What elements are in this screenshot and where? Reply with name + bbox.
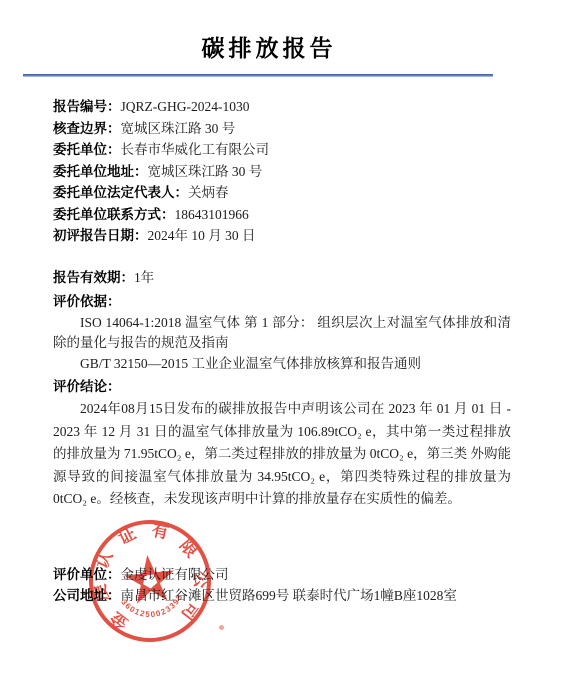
title-divider — [23, 74, 493, 77]
report-page: 碳排放报告 报告编号：JQRZ-GHG-2024-1030 核查边界：宽城区珠江… — [0, 0, 563, 684]
field-value: 南昌市红谷滩区世贸路699号 联泰时代广场1幢B座1028室 — [121, 588, 457, 603]
field-company-address: 公司地址：南昌市红谷滩区世贸路699号 联泰时代广场1幢B座1028室 — [53, 585, 523, 606]
field-validity-period: 报告有效期：1年 — [53, 267, 511, 289]
field-label: 委托单位法定代表人： — [53, 185, 188, 200]
field-client-address: 委托单位地址：宽城区珠江路 30 号 — [53, 161, 511, 183]
evaluation-basis-item: GB/T 32150—2015 工业企业温室气体排放核算和报告通则 — [53, 354, 511, 374]
report-footer: 评价单位：金虔认证有限公司 公司地址：南昌市红谷滩区世贸路699号 联泰时代广场… — [53, 564, 523, 606]
field-label: 委托单位： — [53, 142, 121, 157]
evaluation-basis-heading: 评价依据： — [53, 291, 511, 312]
field-value: JQRZ-GHG-2024-1030 — [121, 99, 250, 114]
page-title: 碳排放报告 — [30, 30, 508, 63]
field-label: 核查边界： — [53, 121, 121, 136]
field-report-number: 报告编号：JQRZ-GHG-2024-1030 — [53, 96, 511, 118]
report-body: 报告编号：JQRZ-GHG-2024-1030 核查边界：宽城区珠江路 30 号… — [53, 96, 511, 510]
field-value: 1年 — [134, 270, 154, 285]
field-label: 委托单位地址： — [53, 164, 148, 179]
field-value: 18643101966 — [175, 207, 249, 222]
field-label: 公司地址： — [53, 588, 121, 603]
field-contact: 委托单位联系方式：18643101966 — [53, 204, 511, 226]
field-verification-boundary: 核查边界：宽城区珠江路 30 号 — [53, 118, 511, 140]
field-value: 宽城区珠江路 30 号 — [121, 121, 236, 136]
field-label: 初评报告日期： — [53, 228, 148, 243]
field-legal-representative: 委托单位法定代表人：关炳春 — [53, 182, 511, 204]
evaluation-conclusion-heading: 评价结论： — [53, 376, 511, 397]
field-label: 委托单位联系方式： — [53, 207, 175, 222]
field-value: 关炳春 — [188, 185, 229, 200]
field-client: 委托单位：长春市华威化工有限公司 — [53, 139, 511, 161]
field-initial-report-date: 初评报告日期：2024年 10 月 30 日 — [53, 225, 511, 247]
evaluation-conclusion-paragraph: 2024年08月15日发布的碳排放报告中声明该公司在 2023 年 01 月 0… — [53, 398, 511, 510]
field-label: 报告编号： — [53, 99, 121, 114]
field-value: 宽城区珠江路 30 号 — [148, 164, 263, 179]
evaluation-basis-item: ISO 14064-1:2018 温室气体 第 1 部分： 组织层次上对温室气体… — [53, 313, 511, 353]
field-value: 2024年 10 月 30 日 — [148, 228, 256, 243]
field-evaluator: 评价单位：金虔认证有限公司 — [53, 564, 523, 585]
field-label: 评价单位： — [53, 567, 121, 582]
field-label: 报告有效期： — [53, 270, 134, 285]
field-value: 金虔认证有限公司 — [121, 567, 229, 582]
field-value: 长春市华威化工有限公司 — [121, 142, 270, 157]
seal-ink-dot — [219, 625, 224, 630]
